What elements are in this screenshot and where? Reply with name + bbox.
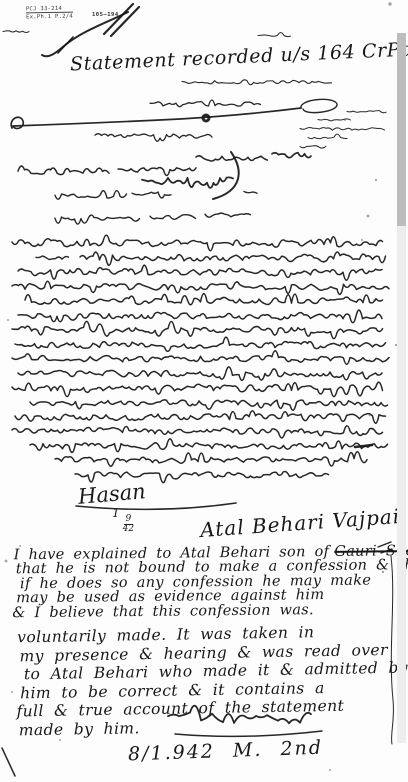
fraction-denominator: 42 [123, 525, 134, 534]
certificate-paragraph-2: voluntarily made. It was taken inmy pres… [17, 622, 408, 740]
officer-signature: Hasan [77, 479, 146, 509]
speck [11, 691, 13, 693]
certificate-line: & I believe that this confession was. [12, 601, 408, 620]
speck [59, 739, 61, 741]
speck [5, 560, 8, 563]
exhibit-code: 105—194 [92, 12, 119, 18]
speck [329, 769, 331, 771]
speck [7, 319, 9, 321]
speck [388, 2, 391, 5]
certificate-date-line: 8/1.942 M. 2nd [128, 737, 324, 766]
date-whole: 1 [112, 506, 120, 520]
speck [369, 414, 372, 417]
exhibit-stamp: PCJ 33-214 Ex.Ph.1 P.2/4 [26, 6, 73, 21]
certificate-paragraph-1: I have explained to Atal Behari son ofGa… [14, 544, 408, 621]
stamp-line: Ex.Ph.1 P.2/4 [26, 12, 73, 21]
scrollbar-track[interactable] [397, 33, 406, 743]
officer-signature-date: 1942 [112, 506, 134, 534]
speck [373, 299, 375, 301]
scanned-page: PCJ 33-214 Ex.Ph.1 P.2/4 105—194 Stateme… [0, 0, 408, 782]
speck [344, 119, 346, 121]
speck [375, 179, 377, 181]
speck [361, 239, 363, 241]
accused-signature: Atal Behari Vajpai [199, 504, 401, 542]
urdu-script-lines [3, 31, 389, 483]
speck [367, 215, 370, 218]
document-title: Statement recorded u/s 164 CrPc [70, 39, 408, 76]
document-viewer: PCJ 33-214 Ex.Ph.1 P.2/4 105—194 Stateme… [0, 0, 408, 782]
date-fraction: 942 [123, 515, 134, 534]
scrollbar-thumb[interactable] [397, 33, 406, 226]
